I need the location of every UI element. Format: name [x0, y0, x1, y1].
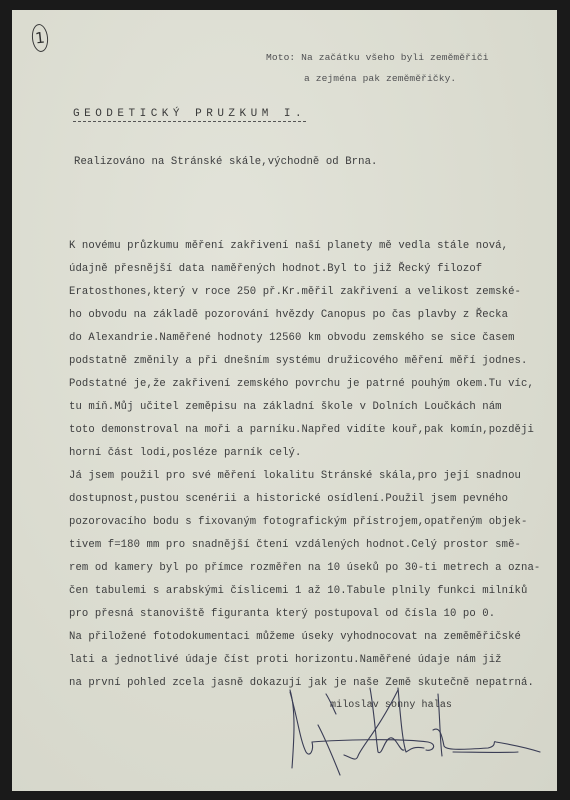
document-page: 1 Moto: Na začátku všeho byli zeměměřiči…: [12, 10, 557, 791]
body-line: údajně přesnější data naměřených hodnot.…: [69, 263, 482, 275]
body-line: Já jsem použil pro své měření lokalitu S…: [69, 470, 521, 482]
body-line: Podstatné je,že zakřivení zemského povrc…: [69, 378, 534, 390]
body-line: rem od kamery byl po přímce rozměřen na …: [69, 562, 540, 574]
body-line: čen tabulemi s arabskými číslicemi 1 až …: [69, 585, 527, 597]
body-line: K novému průzkumu měření zakřivení naší …: [69, 240, 508, 252]
body-line: podstatně změnily a při dnešním systému …: [69, 355, 527, 367]
body-line: tivem f=180 mm pro snadnější čtení vzdál…: [69, 539, 521, 551]
body-line: pozorovacího bodu s fixovaným fotografic…: [69, 516, 527, 528]
body-line: tu míň.Můj učitel zeměpisu na základní š…: [69, 401, 502, 413]
body-line: ho obvodu na základě pozorování hvězdy C…: [69, 309, 508, 321]
document-subtitle: Realizováno na Stránské skále,východně o…: [74, 156, 378, 168]
motto-line-2: a zejména pak zeměměřičky.: [304, 73, 456, 85]
body-line: lati a jednotlivé údaje číst proti horiz…: [69, 654, 502, 666]
body-line: horní část lodi,posléze parník celý.: [69, 447, 301, 459]
body-line: Na přiložené fotodokumentaci můžeme úsek…: [69, 631, 521, 643]
body-line: toto demonstroval na moři a parníku.Např…: [69, 424, 534, 436]
body-line: pro přesná stanoviště figuranta který po…: [69, 608, 495, 620]
page-number-circled: 1: [31, 23, 50, 53]
document-title: GEODETICKÝ PRUZKUM I.: [73, 108, 306, 122]
body-line: do Alexandrie.Naměřené hodnoty 12560 km …: [69, 332, 515, 344]
body-line: dostupnost,pustou scenérii a historické …: [69, 493, 508, 505]
motto-line-1: Moto: Na začátku všeho byli zeměměřiči: [266, 52, 489, 64]
handwritten-signature: [278, 680, 548, 780]
body-line: Eratosthones,který v roce 250 př.Kr.měři…: [69, 286, 521, 298]
